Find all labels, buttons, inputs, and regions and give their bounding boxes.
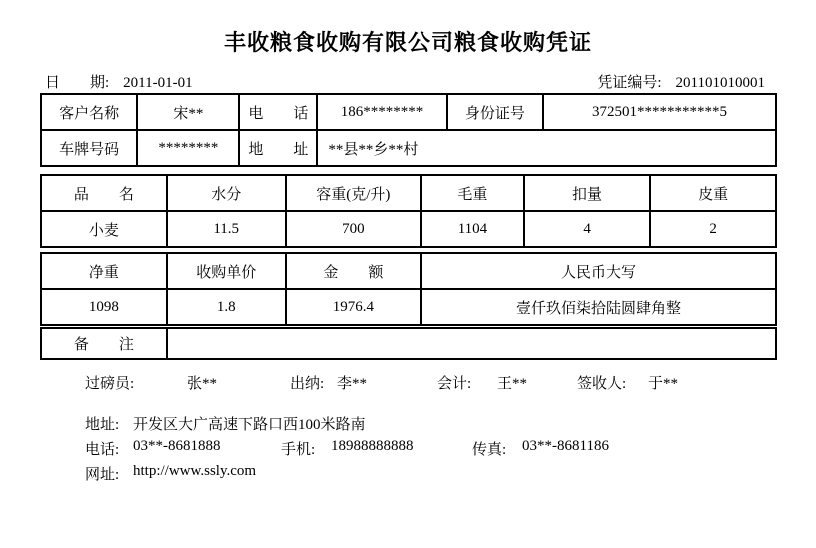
accountant-label: 会计:: [437, 372, 471, 393]
col-header-deduction: 扣量: [524, 175, 650, 211]
cell-deduction: 4: [524, 211, 650, 247]
cell-moisture: 11.5: [167, 211, 286, 247]
receiver-value: 于**: [648, 372, 678, 393]
footer-mobile-value: 18988888888: [331, 438, 414, 455]
footer-website-label: 网址:: [85, 463, 119, 484]
remark-value: [167, 328, 776, 359]
signature-row: 过磅员: 张** 出纳: 李** 会计: 王** 签收人: 于**: [0, 372, 816, 392]
date-group: 日 期:2011-01-01: [40, 71, 193, 92]
col-header-unit-price: 收购单价: [167, 253, 286, 289]
plate-value: ********: [137, 130, 239, 166]
footer-address-value: 开发区大广高速下路口西100米路南: [133, 413, 366, 434]
page-title: 丰收粮食收购有限公司粮食收购凭证: [0, 26, 816, 57]
cashier-value: 李**: [337, 372, 367, 393]
table-row: 品 名 水分 容重(克/升) 毛重 扣量 皮重: [41, 175, 776, 211]
voucher-no-value: 201101010001: [676, 75, 765, 91]
customer-id-value: 372501***********5: [543, 94, 776, 130]
voucher-no-label: 凭证编号:: [597, 75, 661, 91]
customer-id-label: 身份证号: [447, 94, 543, 130]
remark-table: 备 注: [40, 327, 777, 360]
footer-website-line: 网址: http://www.ssly.com: [0, 463, 816, 483]
accountant-value: 王**: [497, 372, 527, 393]
footer-fax-label: 传真:: [472, 438, 506, 459]
cell-product: 小麦: [41, 211, 167, 247]
plate-label: 车牌号码: [41, 130, 137, 166]
voucher-no-group: 凭证编号:201101010001: [597, 71, 777, 92]
footer-phone-line: 电话: 03**-8681888 手机: 18988888888 传真: 03*…: [0, 438, 816, 458]
col-header-tare: 皮重: [650, 175, 776, 211]
cell-amount-words: 壹仟玖佰柒拾陆圆肆角整: [421, 289, 776, 325]
col-header-density: 容重(克/升): [286, 175, 421, 211]
footer-mobile-label: 手机:: [281, 438, 315, 459]
footer-phone-value: 03**-8681888: [133, 438, 221, 455]
cell-density: 700: [286, 211, 421, 247]
footer-address-label: 地址:: [85, 413, 119, 434]
grain-detail-table: 品 名 水分 容重(克/升) 毛重 扣量 皮重 小麦 11.5 700 1104…: [40, 174, 777, 248]
customer-name-value: 宋**: [137, 94, 239, 130]
col-header-amount: 金 额: [286, 253, 421, 289]
footer-fax-value: 03**-8681186: [522, 438, 609, 455]
cell-unit-price: 1.8: [167, 289, 286, 325]
footer-address-line: 地址: 开发区大广高速下路口西100米路南: [0, 413, 816, 433]
cell-amount: 1976.4: [286, 289, 421, 325]
table-row: 备 注: [41, 328, 776, 359]
table-row: 车牌号码 ******** 地 址 **县**乡**村: [41, 130, 776, 166]
col-header-gross: 毛重: [421, 175, 524, 211]
table-row: 1098 1.8 1976.4 壹仟玖佰柒拾陆圆肆角整: [41, 289, 776, 325]
cell-net: 1098: [41, 289, 167, 325]
cashier-label: 出纳:: [290, 372, 324, 393]
customer-phone-value: 186********: [317, 94, 446, 130]
customer-phone-label: 电 话: [239, 94, 317, 130]
meta-row: 日 期:2011-01-01 凭证编号:201101010001: [40, 71, 777, 92]
weigher-label: 过磅员:: [85, 372, 134, 393]
remark-label: 备 注: [41, 328, 167, 359]
weigher-value: 张**: [187, 372, 217, 393]
col-header-product: 品 名: [41, 175, 167, 211]
col-header-amount-words: 人民币大写: [421, 253, 776, 289]
date-value: 2011-01-01: [123, 75, 192, 91]
col-header-net: 净重: [41, 253, 167, 289]
amount-table: 净重 收购单价 金 额 人民币大写 1098 1.8 1976.4 壹仟玖佰柒拾…: [40, 252, 777, 326]
customer-info-table: 客户名称 宋** 电 话 186******** 身份证号 372501****…: [40, 93, 777, 167]
table-row: 客户名称 宋** 电 话 186******** 身份证号 372501****…: [41, 94, 776, 130]
customer-name-label: 客户名称: [41, 94, 137, 130]
cell-tare: 2: [650, 211, 776, 247]
footer-phone-label: 电话:: [85, 438, 119, 459]
cell-gross: 1104: [421, 211, 524, 247]
table-row: 小麦 11.5 700 1104 4 2: [41, 211, 776, 247]
voucher-sheet: 丰收粮食收购有限公司粮食收购凭证 日 期:2011-01-01 凭证编号:201…: [0, 0, 816, 548]
table-row: 净重 收购单价 金 额 人民币大写: [41, 253, 776, 289]
address-label: 地 址: [239, 130, 317, 166]
col-header-moisture: 水分: [167, 175, 286, 211]
date-label: 日 期:: [45, 75, 109, 91]
address-value: **县**乡**村: [317, 130, 776, 166]
receiver-label: 签收人:: [577, 372, 626, 393]
footer-website-value: http://www.ssly.com: [133, 463, 256, 480]
